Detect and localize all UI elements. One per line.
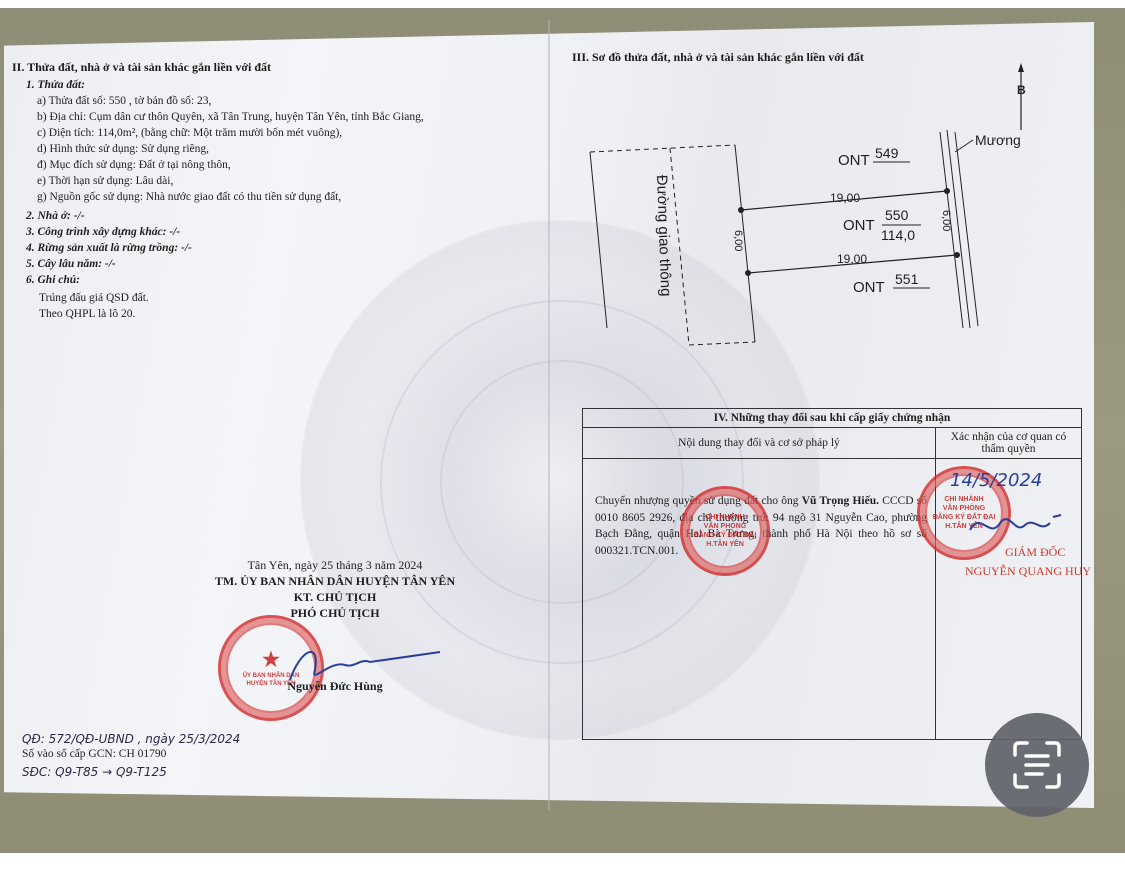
branch-office-stamp-1: CHI NHÁNH VĂN PHÒNG ĐĂNG KÝ ĐẤT ĐAI H.TÂ… (680, 486, 770, 576)
land-heading: 1. Thửa đất: (26, 79, 85, 91)
new-owner-name: Vũ Trọng Hiếu. (802, 495, 879, 507)
other-item: 5. Cây lâu năm: -/- (26, 258, 116, 270)
signer-name: Nguyễn Đức Hùng (280, 679, 390, 694)
svg-text:6,00: 6,00 (940, 210, 952, 231)
svg-text:ONT: ONT (853, 279, 885, 296)
issuing-org: TM. ỦY BAN NHÂN DÂN HUYỆN TÂN YÊN (195, 574, 475, 589)
confirmation-role: GIÁM ĐỐC (1005, 545, 1065, 560)
section-ii-title: II. Thửa đất, nhà ở và tài sản khác gắn … (12, 60, 271, 75)
handwritten-decision-number: QĐ: 572/QĐ-UBND , ngày 25/3/2024 (22, 732, 240, 746)
other-item: 2. Nhà ở: -/- (26, 210, 85, 222)
land-item: d) Hình thức sử dụng: Sử dụng riêng, (37, 143, 209, 155)
other-item: 3. Công trình xây dựng khác: -/- (26, 226, 180, 238)
place-date: Tân Yên, ngày 25 tháng 3 năm 2024 (200, 558, 470, 573)
changes-table-title: IV. Những thay đổi sau khi cấp giấy chứn… (583, 409, 1082, 428)
other-item: 4. Rừng sản xuất là rừng trồng: -/- (26, 242, 192, 254)
svg-text:Đường giao thông: Đường giao thông (653, 175, 674, 297)
svg-text:19,00: 19,00 (830, 191, 860, 205)
stamp-line: ĐĂNG KÝ ĐẤT ĐAI (694, 531, 757, 540)
confirmation-signer-name: NGUYỄN QUANG HUY (965, 564, 1091, 579)
svg-text:551: 551 (895, 271, 919, 287)
col-header-confirmation: Xác nhận của cơ quan có thẩm quyền (936, 428, 1082, 459)
svg-text:6,00: 6,00 (732, 230, 744, 251)
col-header-content: Nội dung thay đổi và cơ sở pháp lý (583, 428, 936, 459)
text-scan-icon (1009, 737, 1065, 793)
svg-text:B: B (1017, 83, 1026, 97)
stamp-line: CHI NHÁNH (705, 513, 744, 522)
svg-text:Mương: Mương (975, 132, 1021, 148)
certificate-register-number: Số vào sổ cấp GCN: CH 01790 (22, 748, 166, 760)
land-item: a) Thửa đất số: 550 , tờ bản đồ số: 23, (37, 95, 211, 107)
svg-text:19,00: 19,00 (837, 252, 867, 266)
svg-text:ONT: ONT (843, 217, 875, 234)
note-line: Theo QHPL là lô 20. (39, 308, 135, 320)
confirmation-date: 14/5/2024 (950, 470, 1042, 491)
note-line: Trúng đấu giá QSD đất. (39, 292, 149, 304)
signer-role-1: KT. CHỦ TỊCH (195, 590, 475, 605)
svg-text:114,0: 114,0 (881, 227, 915, 243)
land-item: g) Nguồn gốc sử dụng: Nhà nước giao đất … (37, 191, 341, 203)
other-item: 6. Ghi chú: (26, 274, 80, 286)
stamp-line: H.TÂN YÊN (706, 540, 744, 549)
svg-text:ONT: ONT (838, 152, 870, 169)
handwritten-map-change: SĐC: Q9-T85 → Q9-T125 (22, 765, 167, 779)
land-item: c) Diện tích: 114,0m², (bằng chữ: Một tr… (37, 127, 342, 139)
page-fold (548, 20, 550, 810)
signer-role-2: PHÓ CHỦ TỊCH (195, 606, 475, 621)
stamp-line: VĂN PHÒNG (704, 522, 746, 531)
text-scan-button[interactable] (985, 713, 1089, 817)
stamp-line: CHI NHÁNH (944, 495, 983, 504)
land-item: đ) Mục đích sử dụng: Đất ở tại nông thôn… (37, 159, 231, 171)
director-signature-scribble (965, 505, 1065, 545)
parcel-diagram: B Đường giao thông Mương ONT 549 ONT 550… (585, 60, 1075, 360)
land-item: b) Địa chỉ: Cụm dân cư thôn Quyên, xã Tâ… (37, 111, 424, 123)
land-item: e) Thời hạn sử dụng: Lâu dài, (37, 175, 173, 187)
svg-text:550: 550 (885, 207, 909, 223)
svg-text:549: 549 (875, 145, 899, 161)
